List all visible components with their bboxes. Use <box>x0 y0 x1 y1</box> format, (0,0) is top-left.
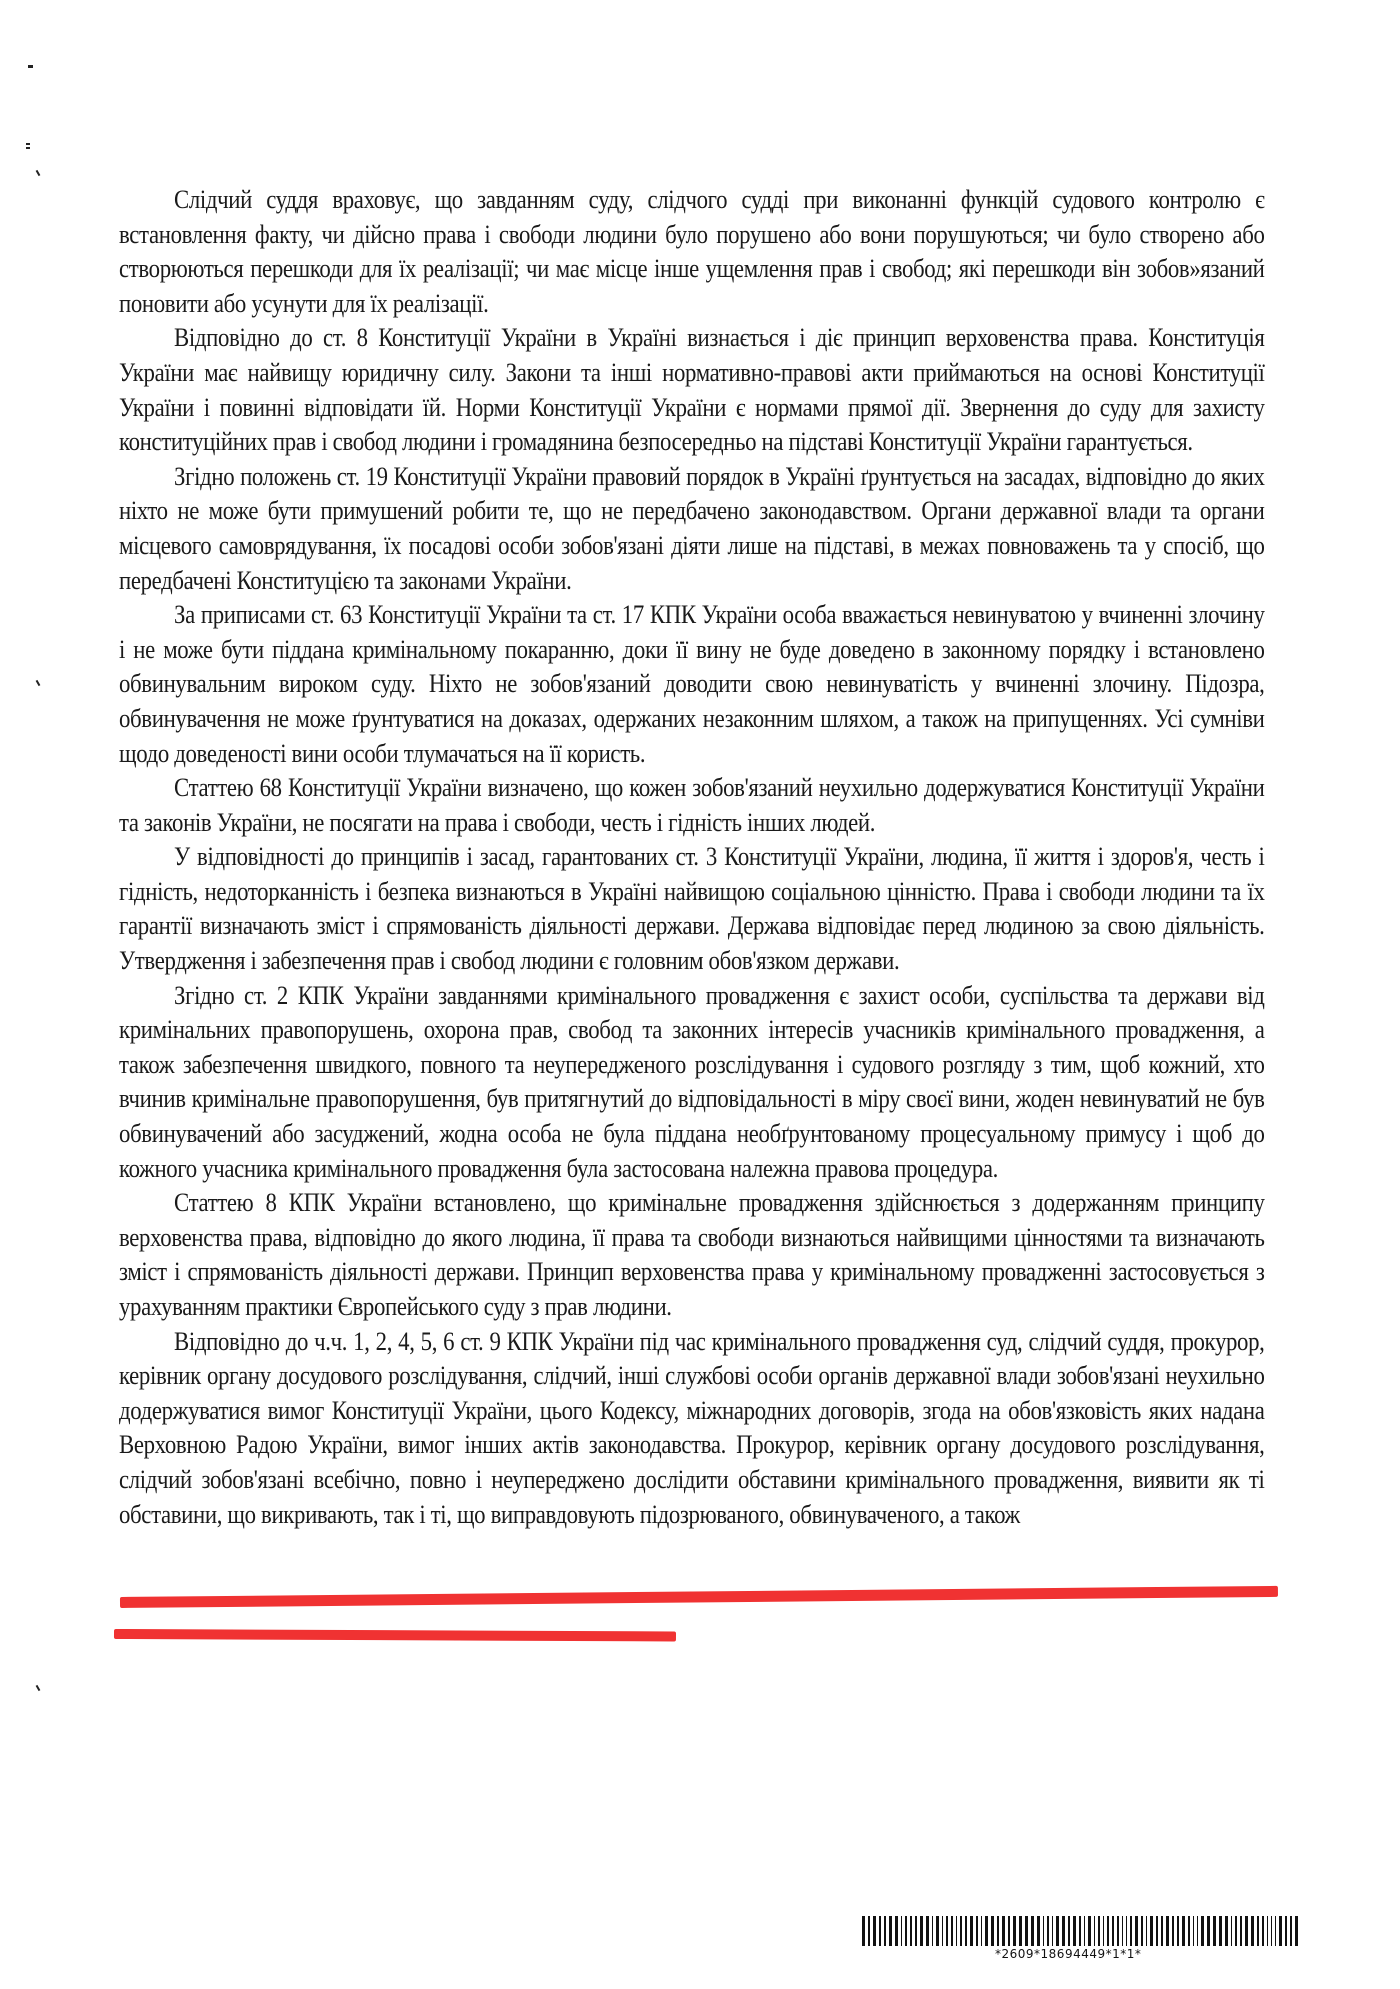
paragraph-constitution-art-19: Згідно положень ст. 19 Конституції Украї… <box>119 459 1265 597</box>
barcode-bar <box>1279 1916 1282 1946</box>
barcode-bar <box>1047 1916 1049 1946</box>
barcode-bar <box>1107 1916 1109 1946</box>
barcode-bar <box>1088 1916 1091 1946</box>
barcode-bar <box>1177 1916 1179 1946</box>
barcode-bar <box>1031 1916 1034 1946</box>
barcode-bar <box>936 1916 939 1946</box>
barcode-bar <box>920 1916 923 1946</box>
barcode-bar <box>1008 1916 1010 1946</box>
barcode-bar <box>1213 1916 1216 1946</box>
barcode-bar <box>946 1916 948 1946</box>
barcode-bar <box>1025 1916 1028 1946</box>
barcode-bar <box>1098 1916 1100 1946</box>
barcode-bar <box>1161 1916 1163 1946</box>
barcode-bar <box>965 1916 967 1946</box>
barcode-bar <box>1019 1916 1022 1946</box>
barcode-bar <box>1043 1916 1044 1946</box>
barcode-bar <box>970 1916 973 1946</box>
barcode-bar <box>884 1916 886 1946</box>
scan-artifact-mark <box>36 680 41 686</box>
barcode-bar <box>1295 1916 1298 1946</box>
scan-artifact-mark <box>36 170 41 176</box>
barcode-bar <box>901 1916 902 1946</box>
barcode-bar <box>1245 1916 1248 1946</box>
barcode-bar <box>932 1916 933 1946</box>
barcode-bar <box>1079 1916 1081 1946</box>
barcode-bar <box>868 1916 870 1946</box>
barcode-bar <box>991 1916 994 1946</box>
barcode-bar <box>960 1916 962 1946</box>
paragraph-investigating-judge: Слідчий суддя враховує, що завданням суд… <box>119 182 1265 320</box>
barcode-bar <box>1290 1916 1292 1946</box>
scan-artifact-mark <box>28 65 33 68</box>
barcode-bar <box>1002 1916 1005 1946</box>
barcode-bar <box>1271 1916 1272 1946</box>
barcode-bar <box>997 1916 999 1946</box>
barcode-bar <box>1193 1916 1194 1946</box>
barcode-bar <box>1166 1916 1169 1946</box>
barcode-bar <box>1201 1916 1204 1946</box>
barcode-bar <box>1285 1916 1287 1946</box>
barcode-bar <box>1251 1916 1254 1946</box>
barcode-bar <box>976 1916 978 1946</box>
barcode-bar <box>1103 1916 1104 1946</box>
barcode-bar <box>1141 1916 1143 1946</box>
barcode-bar <box>951 1916 953 1946</box>
barcode-bar <box>1188 1916 1190 1946</box>
barcode-bar <box>910 1916 912 1946</box>
paragraph-cpc-art-9: Відповідно до ч.ч. 1, 2, 4, 5, 6 ст. 9 К… <box>119 1324 1265 1532</box>
paragraph-constitution-art-3: У відповідності до принципів і засад, га… <box>119 839 1265 977</box>
barcode-bar <box>1122 1916 1123 1946</box>
barcode-bar <box>985 1916 988 1946</box>
barcode-bar <box>1013 1916 1016 1946</box>
barcode-bar <box>915 1916 917 1946</box>
barcode-bar <box>1084 1916 1085 1946</box>
barcode-bar <box>1235 1916 1237 1946</box>
barcode-bar <box>1150 1916 1153 1946</box>
barcode-bar <box>1037 1916 1040 1946</box>
document-body: Слідчий суддя враховує, що завданням суд… <box>119 182 1265 1531</box>
barcode-bar <box>1267 1916 1268 1946</box>
barcode-bar <box>1117 1916 1119 1946</box>
paragraph-constitution-art-68: Статтею 68 Конституції України визначено… <box>119 770 1265 839</box>
barcode-bar <box>905 1916 907 1946</box>
barcode-bar <box>1135 1916 1138 1946</box>
barcode-bar <box>1262 1916 1264 1946</box>
red-highlight-underline <box>120 1586 1278 1608</box>
barcode-bar <box>1130 1916 1132 1946</box>
scan-artifact-mark <box>26 143 30 145</box>
scanned-document-page: Слідчий суддя враховує, що завданням суд… <box>0 0 1400 1989</box>
barcode-bar <box>1073 1916 1076 1946</box>
barcode-bar <box>956 1916 957 1946</box>
barcode-bar <box>942 1916 943 1946</box>
paragraph-constitution-art-63: За приписами ст. 63 Конституції України … <box>119 597 1265 770</box>
barcode-bar <box>1052 1916 1053 1946</box>
barcode-bar <box>1126 1916 1127 1946</box>
barcode-number: *2609*18694449*1*1* <box>995 1947 1141 1961</box>
barcode-bar <box>1219 1916 1222 1946</box>
barcode-bar <box>889 1916 892 1946</box>
barcode-bar <box>1197 1916 1198 1946</box>
barcode-bar <box>1207 1916 1210 1946</box>
barcode-bar <box>895 1916 898 1946</box>
barcode-bar <box>873 1916 876 1946</box>
barcode-bar <box>1056 1916 1059 1946</box>
barcode-bar <box>1146 1916 1147 1946</box>
scan-artifact-mark <box>26 147 30 149</box>
barcode-bar <box>1240 1916 1242 1946</box>
barcode-bar <box>1275 1916 1276 1946</box>
barcode-bar <box>926 1916 929 1946</box>
barcode-bar <box>981 1916 982 1946</box>
barcode-bar <box>1172 1916 1174 1946</box>
paragraph-constitution-art-8: Відповідно до ст. 8 Конституції України … <box>119 320 1265 458</box>
red-highlight-underline <box>114 1629 676 1641</box>
barcode-bar <box>1156 1916 1158 1946</box>
barcode-bar <box>1182 1916 1185 1946</box>
paragraph-cpc-art-8: Статтею 8 КПК України встановлено, що кр… <box>119 1185 1265 1323</box>
barcode-bar <box>862 1916 865 1946</box>
barcode-bar <box>1062 1916 1065 1946</box>
barcode-bar <box>1257 1916 1259 1946</box>
barcode-bar <box>1094 1916 1095 1946</box>
barcode-bar <box>879 1916 881 1946</box>
barcode <box>862 1916 1302 1946</box>
barcode-bar <box>1225 1916 1228 1946</box>
scan-artifact-mark <box>36 1685 41 1691</box>
paragraph-cpc-art-2: Згідно ст. 2 КПК України завданнями крим… <box>119 978 1265 1186</box>
barcode-bar <box>1068 1916 1070 1946</box>
barcode-bar <box>1231 1916 1232 1946</box>
barcode-bar <box>1112 1916 1114 1946</box>
